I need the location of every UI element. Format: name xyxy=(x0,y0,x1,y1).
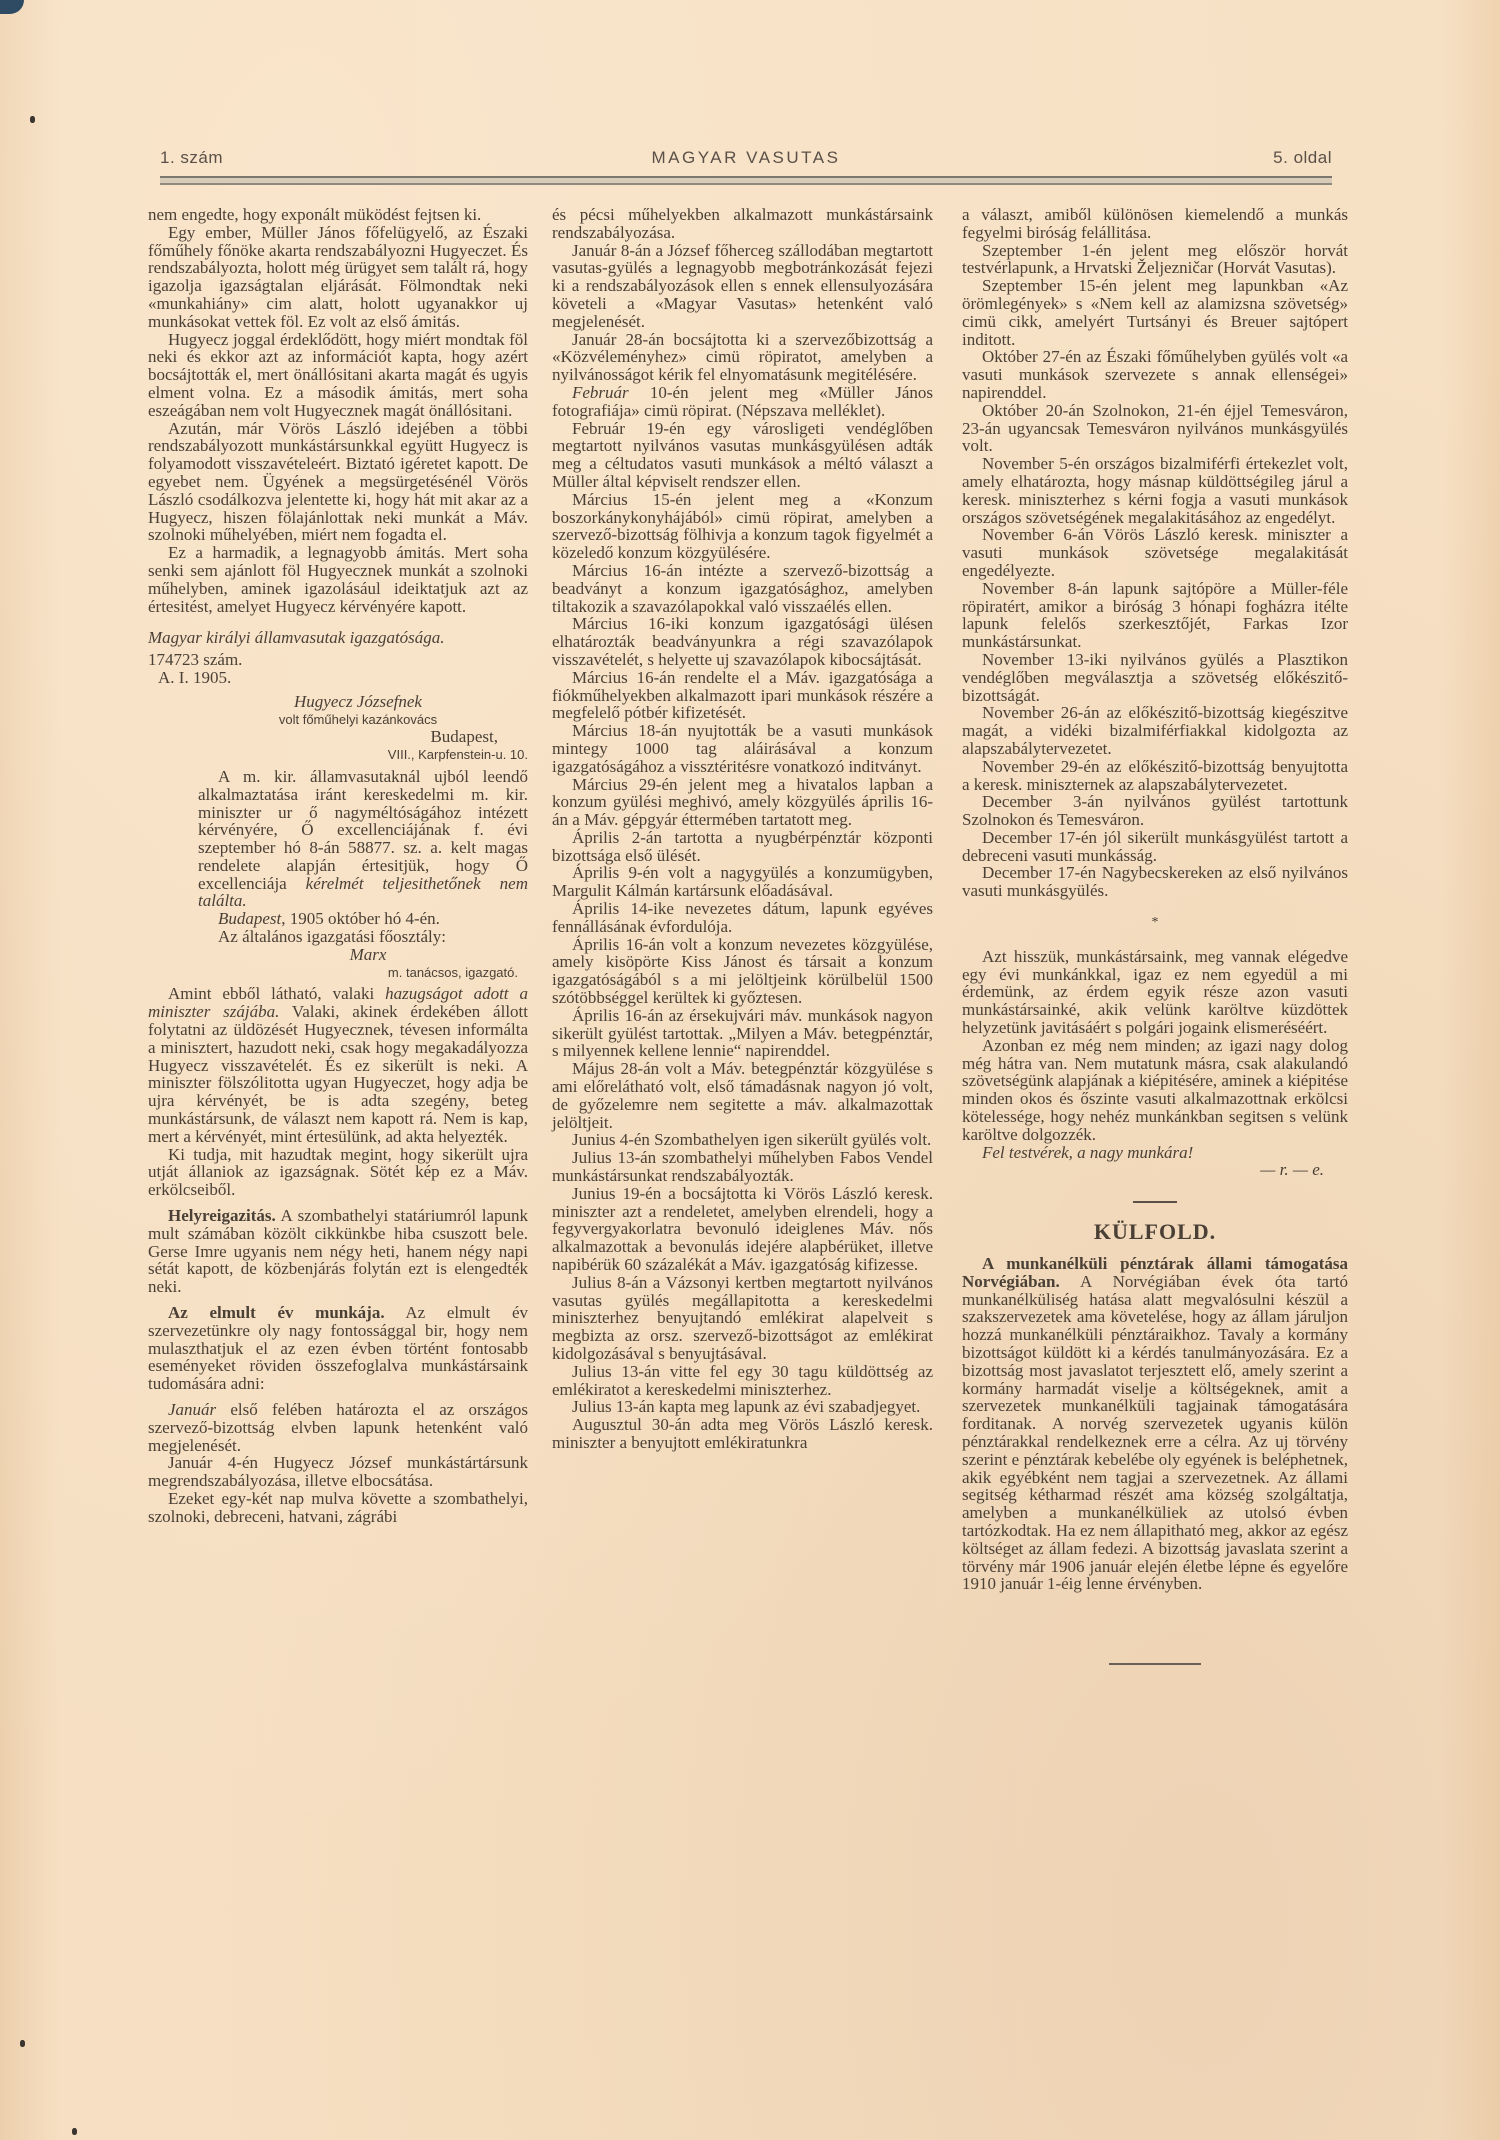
newspaper-title: MAGYAR VASUTAS xyxy=(160,148,1332,168)
paragraph: Julius 8-án a Vázsonyi kertben megtartot… xyxy=(552,1274,933,1363)
paragraph: Április 16-án az érsekujvári máv. munkás… xyxy=(552,1007,933,1060)
notice-signer: Marx xyxy=(148,946,528,964)
paragraph: November 8-án lapunk sajtópöre a Müller-… xyxy=(962,580,1348,651)
norway-article: A munkanélküli pénztárak állami támogatá… xyxy=(962,1255,1348,1593)
notice-date: Budapest, 1905 október hó 4-én. xyxy=(148,910,528,928)
paragraph: Február 10-én jelent meg «Müller János f… xyxy=(552,384,933,420)
notice-department: Az általános igazgatási főosztály: xyxy=(148,928,528,946)
paragraph: Julius 13-án szombathelyi műhelyben Fabo… xyxy=(552,1149,933,1185)
year-review-article: Az elmult év munkája. Az elmult év szerv… xyxy=(148,1304,528,1393)
paragraph: November 6-án Vörös László keresk. minis… xyxy=(962,526,1348,579)
paragraph: November 5-én országos bizalmiférfi érte… xyxy=(962,455,1348,526)
paragraph: Ez a harmadik, a legnagyobb ámitás. Mert… xyxy=(148,544,528,615)
column-left: nem engedte, hogy exponált müködést fejt… xyxy=(148,206,528,1526)
paragraph: Március 16-án rendelte el a Máv. igazgat… xyxy=(552,669,933,722)
paragraph: December 17-én Nagybecskereken az első n… xyxy=(962,864,1348,900)
paragraph: Azután, már Vörös László idejében a több… xyxy=(148,420,528,545)
paragraph: Hugyecz joggal érdeklődött, hogy miért m… xyxy=(148,331,528,420)
paragraph: November 29-én az előkészitő-bizottság b… xyxy=(962,758,1348,794)
paragraph: Május 28-án volt a Máv. betegpénztár köz… xyxy=(552,1060,933,1131)
paragraph: December 17-én jól sikerült munkásgyülés… xyxy=(962,829,1348,865)
section-divider xyxy=(1133,1201,1177,1203)
notice-addressee: Hugyecz Józsefnek xyxy=(148,693,528,711)
paragraph: Augusztul 30-án adta meg Vörös László ke… xyxy=(552,1416,933,1452)
page-number: 5. oldal xyxy=(1273,148,1332,168)
paragraph: a választ, amiből különösen kiemelendő a… xyxy=(962,206,1348,242)
paragraph: Szeptember 1-én jelent meg először horvá… xyxy=(962,242,1348,278)
paragraph: Julius 13-án vitte fel egy 30 tagu küldö… xyxy=(552,1363,933,1399)
notice-reference: A. I. 1905. xyxy=(148,669,528,687)
paragraph: Március 15-én jelent meg a «Konzum boszo… xyxy=(552,491,933,562)
closing-call: Fel testvérek, a nagy munkára! xyxy=(962,1144,1348,1162)
paper-speck xyxy=(30,116,35,123)
paragraph: Április 9-én volt a nagygyülés a konzumü… xyxy=(552,864,933,900)
official-notice: Magyar királyi államvasutak igazgatósága… xyxy=(148,629,528,981)
paragraph: Október 20-án Szolnokon, 21-én éjjel Tem… xyxy=(962,402,1348,455)
paragraph: Október 27-én az Északi főműhelyben gyül… xyxy=(962,348,1348,401)
paragraph: Január első felében határozta el az orsz… xyxy=(148,1401,528,1454)
paragraph: Március 16-iki konzum igazgatósági ülése… xyxy=(552,615,933,668)
paragraph: Ki tudja, mit hazudtak megint, hogy sike… xyxy=(148,1146,528,1199)
paragraph: Azt hisszük, munkástársaink, meg vannak … xyxy=(962,948,1348,1037)
paragraph: Március 18-án nyujtották be a vasuti mun… xyxy=(552,722,933,775)
paragraph: Ezeket egy-két nap mulva követte a szomb… xyxy=(148,1490,528,1526)
column-middle: és pécsi műhelyekben alkalmazott munkást… xyxy=(552,206,933,1452)
paragraph: Julius 13-án kapta meg lapunk az évi sza… xyxy=(552,1398,933,1416)
page-header: 1. szám MAGYAR VASUTAS 5. oldal xyxy=(160,148,1332,172)
notice-issuer: Magyar királyi államvasutak igazgatósága… xyxy=(148,629,528,647)
paragraph: Szeptember 15-én jelent meg lapunkban «A… xyxy=(962,277,1348,348)
section-title-foreign: KÜLFOLD. xyxy=(962,1223,1348,1241)
paragraph: Április 16-án volt a konzum nevezetes kö… xyxy=(552,936,933,1007)
paragraph: Január 8-án a József főherceg szállodába… xyxy=(552,242,933,331)
paragraph: Április 2-án tartotta a nyugbérpénztár k… xyxy=(552,829,933,865)
notice-addressee-title: volt főműhelyi kazánkovács xyxy=(148,711,528,729)
end-rule xyxy=(1109,1663,1201,1665)
paper-speck xyxy=(72,2128,77,2135)
paragraph: Junius 19-én a bocsájtotta ki Vörös Lász… xyxy=(552,1185,933,1274)
paragraph: Azonban ez még nem minden; az igazi nagy… xyxy=(962,1037,1348,1144)
paragraph: November 13-iki nyilvános gyülés a Plasz… xyxy=(962,651,1348,704)
author-signature: — r. — e. xyxy=(962,1161,1348,1179)
paragraph: nem engedte, hogy exponált müködést fejt… xyxy=(148,206,528,224)
notice-number: 174723 szám. xyxy=(148,651,528,669)
asterisk-separator: * xyxy=(962,914,1348,932)
paragraph: Egy ember, Müller János főfelügyelő, az … xyxy=(148,224,528,331)
header-rule xyxy=(160,176,1332,185)
correction-article: Helyreigazitás. A szombathelyi statárium… xyxy=(148,1207,528,1296)
paragraph: Január 28-án bocsájtotta ki a szervezőbi… xyxy=(552,331,933,384)
notice-body: A m. kir. államvasutaknál ujból leendő a… xyxy=(148,768,528,910)
paragraph: Január 4-én Hugyecz József munkástártárs… xyxy=(148,1454,528,1490)
paragraph: és pécsi műhelyekben alkalmazott munkást… xyxy=(552,206,933,242)
notice-signer-title: m. tanácsos, igazgató. xyxy=(148,964,528,982)
paragraph: Február 19-én egy városligeti vendéglőbe… xyxy=(552,420,933,491)
paragraph: Junius 4-én Szombathelyen igen sikerült … xyxy=(552,1131,933,1149)
paragraph: December 3-án nyilvános gyülést tartottu… xyxy=(962,793,1348,829)
paragraph: Április 14-ike nevezetes dátum, lapunk e… xyxy=(552,900,933,936)
paragraph: Amint ebből látható, valaki hazugságot a… xyxy=(148,985,528,1145)
paper-speck xyxy=(20,2040,25,2047)
paragraph: November 26-án az előkészitő-bizottság k… xyxy=(962,704,1348,757)
column-right: a választ, amiből különösen kiemelendő a… xyxy=(962,206,1348,1665)
notice-city: Budapest, xyxy=(148,728,528,746)
paragraph: Március 29-én jelent meg a hivatalos lap… xyxy=(552,776,933,829)
notice-address: VIII., Karpfenstein-u. 10. xyxy=(148,746,528,764)
paragraph: Március 16-án intézte a szervező-bizotts… xyxy=(552,562,933,615)
